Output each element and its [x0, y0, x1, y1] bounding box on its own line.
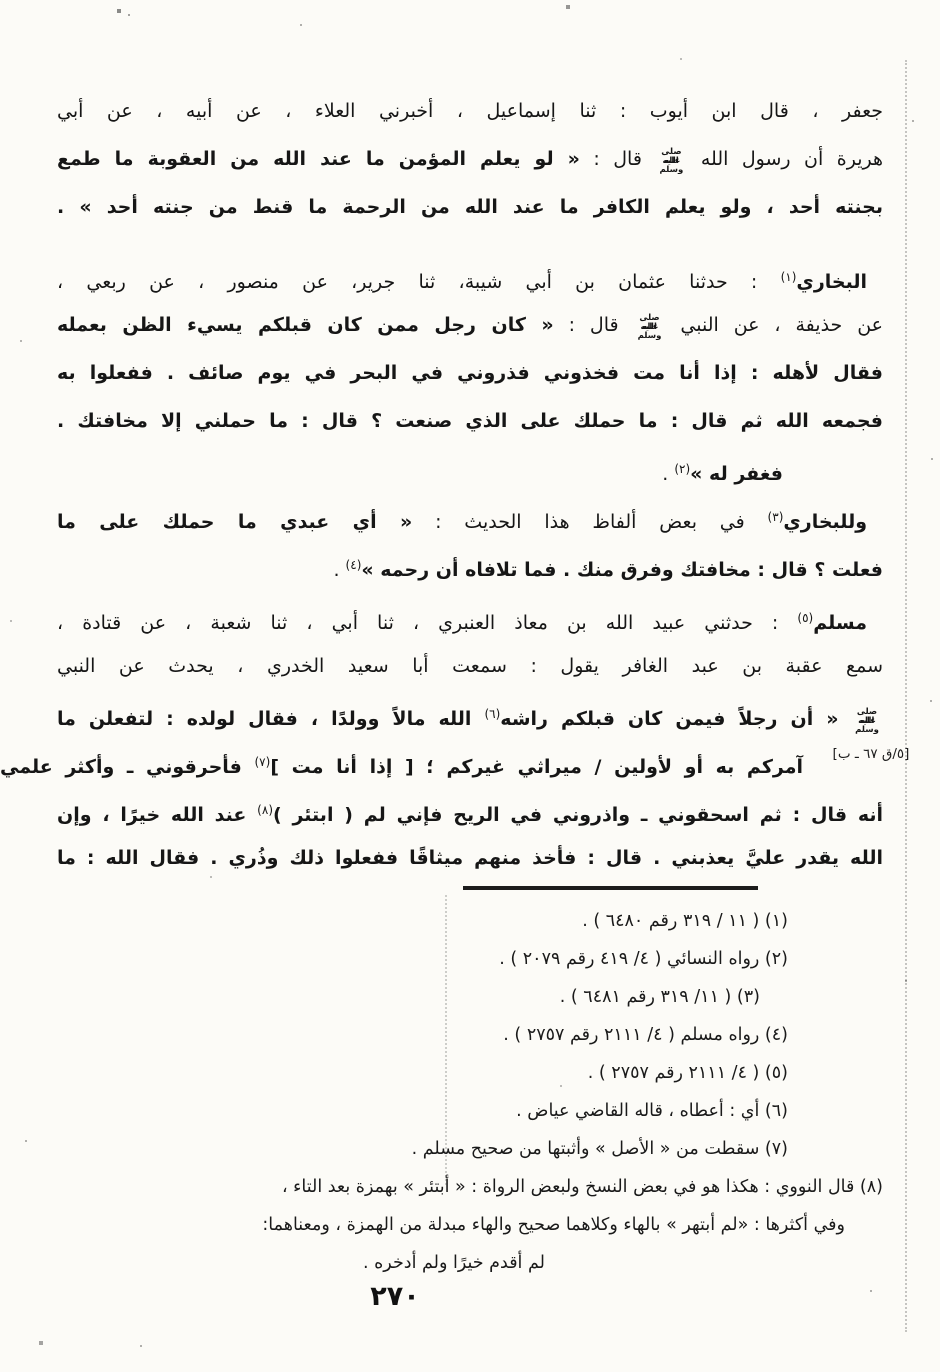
pbuh-seal-bottom: عليه وسلم	[851, 717, 883, 726]
text-segment: فقال لأهله : إذا أنا مت فخذوني فذروني في…	[57, 362, 883, 384]
paragraph: جعفر ، قال ابن أيوب : ثنا إسماعيل ، أخبر…	[57, 88, 883, 232]
footnote-line: (٣) ( ١١/ ٣١٩ رقم ٦٤٨١ ) .	[57, 979, 883, 1017]
text-line: جعفر ، قال ابن أيوب : ثنا إسماعيل ، أخبر…	[57, 88, 883, 136]
text-line: عن حذيفة ، عن النبي صلى اللهعليه وسلم قا…	[57, 302, 883, 350]
text-segment: فأحرقوني ـ وأكثر علمي	[0, 756, 254, 778]
scan-artifact-specks	[0, 0, 2, 2]
text-segment: الله يقدر عليَّ يعذبني . قال : فأخذ منهم…	[57, 847, 883, 869]
footnote-line: (٢) رواه النسائي ( ٤/ ٤١٩ رقم ٢٠٧٩ ) .	[57, 941, 883, 979]
text-segment: : حدثني عبيد الله بن معاذ العنبري ، ثنا …	[57, 612, 797, 634]
text-segment: أنه قال : ثم اسحقوني ـ واذروني في الريح …	[273, 804, 883, 826]
text-segment: « أن رجلاً فيمن كان قبلكم راشه	[500, 708, 838, 730]
text-segment: فغفر له »	[690, 463, 783, 485]
pbuh-seal: صلى اللهعليه وسلم	[851, 708, 883, 726]
text-line: فعلت ؟ قال : مخافتك وفرق منك . فما تلافا…	[57, 542, 883, 590]
text-segment	[839, 708, 851, 730]
text-line: بجنته أحد ، ولو يعلم الكافر ما عند الله …	[57, 184, 883, 232]
book-page: جعفر ، قال ابن أيوب : ثنا إسماعيل ، أخبر…	[0, 0, 940, 1372]
text-line: صلى اللهعليه وسلم « أن رجلاً فيمن كان قب…	[57, 691, 883, 739]
pbuh-seal: صلى اللهعليه وسلم	[655, 148, 687, 166]
text-segment: سمع عقبة بن عبد الغافر يقول : سمعت أبا س…	[57, 655, 883, 677]
text-segment: مسلم	[813, 612, 867, 634]
footnote-ref: (٥)	[797, 611, 813, 625]
footnote-ref: (١)	[781, 270, 797, 284]
text-line: سمع عقبة بن عبد الغافر يقول : سمعت أبا س…	[57, 643, 883, 691]
text-line: فغفر له »(٢) .	[57, 446, 883, 494]
footnote-ref: (٢)	[674, 462, 690, 476]
text-segment: « أي عبدي ما حملك على ما	[57, 511, 412, 533]
text-segment: : حدثنا عثمان بن أبي شيبة، ثنا جرير، عن …	[57, 271, 781, 293]
text-segment: فجمعه الله ثم قال : ما حملك على الذي صنع…	[57, 410, 883, 432]
pbuh-seal-bottom: عليه وسلم	[634, 323, 666, 332]
paragraph: مسلم(٥) : حدثني عبيد الله بن معاذ العنبر…	[57, 595, 883, 883]
text-segment: عن حذيفة ، عن النبي	[666, 314, 884, 336]
folio-margin-note: [٥/ق ٦٧ ـ ب]	[806, 746, 936, 762]
footnote-line: لم أقدم خيرًا ولم أدخره .	[57, 1245, 883, 1283]
text-segment: وللبخاري	[783, 511, 867, 533]
pbuh-seal: صلى اللهعليه وسلم	[634, 314, 666, 332]
footnote-line: (٦) أي : أعطاه ، قاله القاضي عياض .	[57, 1093, 883, 1131]
text-segment: « لو يعلم المؤمن ما عند الله من العقوبة …	[57, 148, 580, 170]
scan-artifact-vertical-line	[445, 895, 447, 1185]
text-line: هريرة أن رسول الله صلى اللهعليه وسلم قال…	[57, 136, 883, 184]
footnote-ref: (٧)	[254, 755, 270, 769]
text-line: البخاري(١) : حدثنا عثمان بن أبي شيبة، ثن…	[57, 254, 883, 302]
footnote-ref: (٣)	[768, 510, 784, 524]
text-segment: البخاري	[796, 271, 867, 293]
page-number: ٢٧٠	[355, 1281, 435, 1312]
text-segment: قال :	[580, 148, 655, 170]
footnote-ref: (٨)	[257, 803, 273, 817]
paragraph: البخاري(١) : حدثنا عثمان بن أبي شيبة، ثن…	[57, 254, 883, 494]
text-segment: .	[333, 559, 345, 581]
paragraph: وللبخاري(٣) في بعض ألفاظ هذا الحديث : « …	[57, 494, 883, 590]
text-line: مسلم(٥) : حدثني عبيد الله بن معاذ العنبر…	[57, 595, 883, 643]
text-line: وللبخاري(٣) في بعض ألفاظ هذا الحديث : « …	[57, 494, 883, 542]
footnote-line: (٧) سقطت من « الأصل » وأثبتها من صحيح مس…	[57, 1131, 883, 1169]
pbuh-seal-bottom: عليه وسلم	[655, 157, 687, 166]
text-segment: جعفر ، قال ابن أيوب : ثنا إسماعيل ، أخبر…	[57, 100, 883, 122]
footnote-line: (٤) رواه مسلم ( ٤/ ٢١١١ رقم ٢٧٥٧ ) .	[57, 1017, 883, 1055]
text-segment: عند الله خيرًا ، وإن	[57, 804, 257, 826]
text-segment: فعلت ؟ قال : مخافتك وفرق منك . فما تلافا…	[361, 559, 883, 581]
footnote-line: (٨) قال النووي : هكذا هو في بعض النسخ ول…	[57, 1169, 883, 1207]
main-text-block: جعفر ، قال ابن أيوب : ثنا إسماعيل ، أخبر…	[57, 88, 883, 883]
footnote-separator	[463, 886, 758, 890]
text-segment: « كان رجل ممن كان قبلكم يسيء الظن بعمله	[57, 314, 554, 336]
text-segment: .	[662, 463, 674, 485]
text-line: فقال لأهله : إذا أنا مت فخذوني فذروني في…	[57, 350, 883, 398]
footnote-line: وفي أكثرها : «لم أبتهر » بالهاء وكلاهما …	[57, 1207, 883, 1245]
footnote-line: (٥) ( ٤/ ٢١١١ رقم ٢٧٥٧ ) .	[57, 1055, 883, 1093]
text-line: آمركم به أو لأولين / ميراثي غيركم ؛ [ إذ…	[0, 739, 883, 787]
footnote-ref: (٤)	[346, 558, 362, 572]
text-segment: الله مالاً وولدًا ، فقال لولده : لتفعلن …	[57, 708, 484, 730]
text-segment: في بعض ألفاظ هذا الحديث :	[412, 511, 767, 533]
text-segment: قال :	[554, 314, 634, 336]
footnotes-block: (١) ( ١١ / ٣١٩ رقم ٦٤٨٠ ) .(٢) رواه النس…	[57, 886, 883, 1283]
text-line: الله يقدر عليَّ يعذبني . قال : فأخذ منهم…	[57, 835, 883, 883]
text-segment: هريرة أن رسول الله	[687, 148, 883, 170]
text-segment: بجنته أحد ، ولو يعلم الكافر ما عند الله …	[57, 196, 883, 218]
footnote-line: (١) ( ١١ / ٣١٩ رقم ٦٤٨٠ ) .	[57, 903, 883, 941]
text-segment: آمركم به أو لأولين / ميراثي غيركم ؛ [ إذ…	[270, 756, 803, 778]
text-line: فجمعه الله ثم قال : ما حملك على الذي صنع…	[57, 398, 883, 446]
footnote-ref: (٦)	[484, 707, 500, 721]
scan-artifact-vertical-line	[905, 60, 907, 1332]
text-line: أنه قال : ثم اسحقوني ـ واذروني في الريح …	[57, 787, 883, 835]
